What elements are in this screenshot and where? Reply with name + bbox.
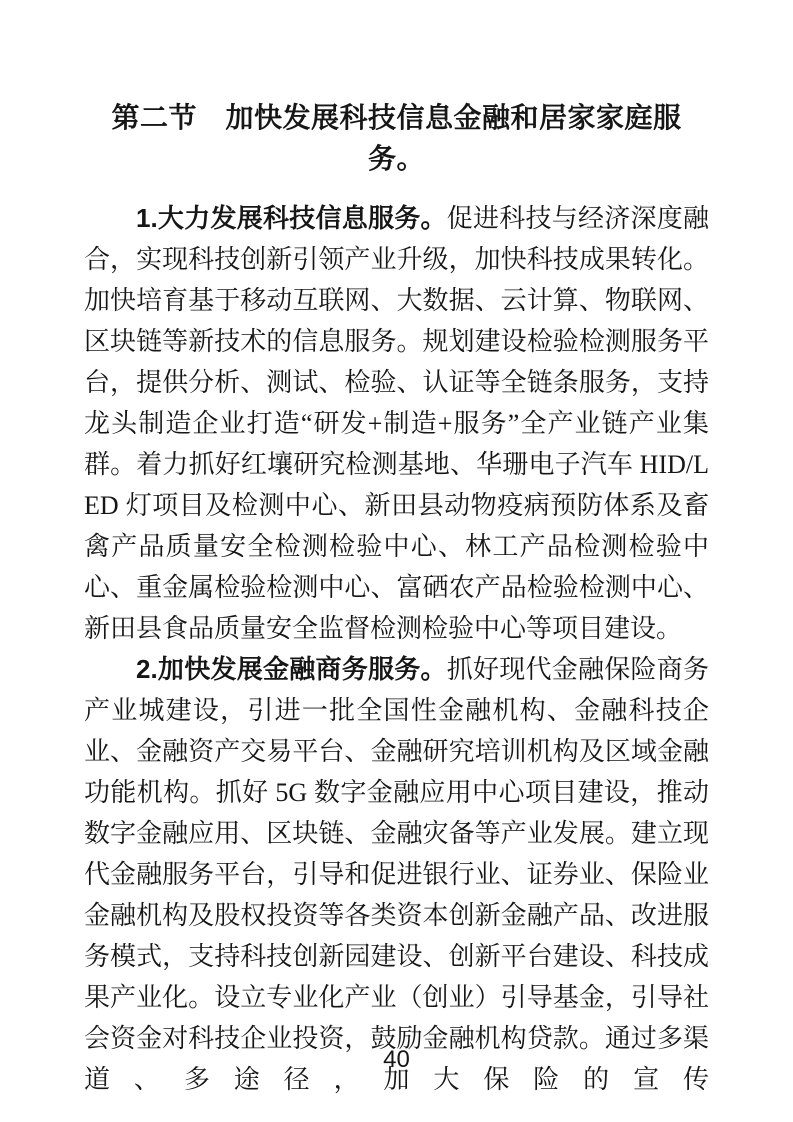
page-number: 40: [0, 1046, 793, 1074]
paragraph-2-body: 抓好现代金融保险商务产业城建设，引进一批全国性金融机构、金融科技企业、金融资产交…: [84, 655, 709, 1094]
paragraph-tech-info-services: 1.大力发展科技信息服务。促进科技与经济深度融合，实现科技创新引领产业升级，加快…: [84, 198, 709, 649]
section-heading: 第二节 加快发展科技信息金融和居家家庭服务。: [84, 97, 709, 179]
page-content: 第二节 加快发展科技信息金融和居家家庭服务。 1.大力发展科技信息服务。促进科技…: [84, 97, 709, 1100]
paragraph-2-lead: 2.加快发展金融商务服务。: [136, 654, 447, 684]
paragraph-1-body: 促进科技与经济深度融合，实现科技创新引领产业升级，加快科技成果转化。加快培育基于…: [84, 204, 709, 643]
document-page: 第二节 加快发展科技信息金融和居家家庭服务。 1.大力发展科技信息服务。促进科技…: [0, 0, 793, 1122]
paragraph-1-lead: 1.大力发展科技信息服务。: [136, 203, 447, 233]
paragraph-finance-services: 2.加快发展金融商务服务。抓好现代金融保险商务产业城建设，引进一批全国性金融机构…: [84, 649, 709, 1100]
